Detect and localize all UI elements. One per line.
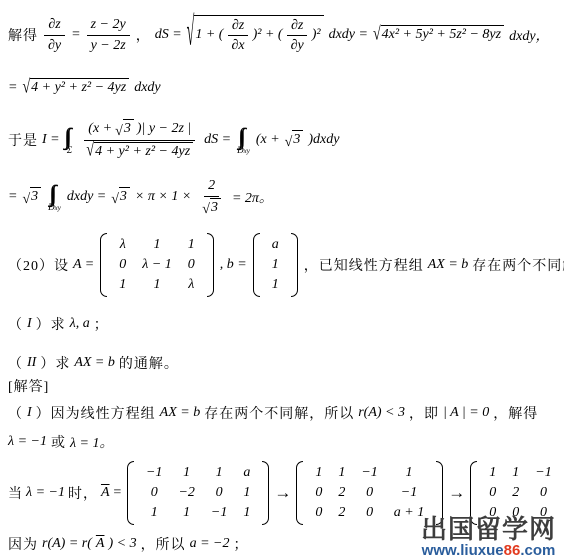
radical-sign: √ — [22, 193, 30, 207]
radicand: 3 — [210, 198, 221, 217]
question-part-2: （II）求 AX = b 的通解。 — [8, 352, 564, 374]
radicand: 3 — [123, 119, 134, 138]
matrix-cell: λ − 1 — [134, 257, 180, 273]
matrix-cell: −1 — [527, 465, 559, 481]
math-run: a = −2 — [190, 536, 230, 552]
matrix-grid: a11 — [260, 233, 291, 297]
text-run: 解得 — [8, 25, 38, 45]
matrix-cell: −1 — [138, 465, 170, 481]
fraction-denominator: √ 3 — [197, 197, 226, 218]
fraction-numerator: ∂z — [287, 16, 307, 37]
text-run: 存在两个不同解。 — [472, 255, 564, 275]
solution-line-2: λ = −1 或 λ = 1。 — [8, 432, 564, 452]
matrix-cell: 1 — [170, 505, 202, 521]
double-integral: ∫∫ Dxy — [48, 182, 61, 212]
math-run: r(A) < 3 — [358, 405, 405, 421]
math-run: r(A) = r( — [42, 536, 92, 552]
matrix-cell: 0 — [353, 505, 385, 521]
fraction: ∂z ∂x — [227, 16, 248, 56]
math-run: = — [8, 80, 17, 96]
double-integral: ∫∫ Σ — [66, 125, 74, 155]
integral-subscript: Dxy — [237, 146, 250, 155]
matrix-cell: 0 — [307, 505, 330, 521]
text-run: ）求 — [36, 314, 66, 334]
text-run: ，即 — [409, 403, 439, 423]
matrix-cell: 0 — [203, 485, 235, 501]
math-run: dxdy — [134, 80, 160, 96]
text-run: 时， — [68, 483, 98, 503]
problem-20-statement: （20）设 A = λ110λ − 1011λ , b = a11 ，已知线性方… — [8, 230, 564, 300]
matrix-paren-right — [207, 233, 214, 297]
math-run: )dxdy — [308, 132, 339, 148]
A-bar-symbol: A — [101, 485, 110, 501]
question-part-1: （I）求 λ, a ； — [8, 314, 564, 334]
math-run: = — [113, 485, 122, 501]
radical-sign: √ — [111, 193, 119, 207]
matrix-cell: 2 — [504, 485, 527, 501]
matrix-cell: 2 — [330, 505, 353, 521]
matrix-cell: 0 — [138, 485, 170, 501]
matrix-cell: 0 — [111, 257, 134, 273]
sqrt-expression: √ 4x² + 5y² + 5z² − 8yz — [373, 25, 504, 44]
math-run: 1 + ( — [195, 26, 223, 44]
math-run: I = — [42, 132, 60, 148]
math-run: )² + ( — [253, 26, 283, 44]
text-run: [解答] — [8, 376, 49, 396]
text-run: ）因为线性方程组 — [36, 403, 156, 423]
text-run: ； — [94, 314, 109, 334]
matrix-cell: λ — [180, 277, 203, 293]
A-bar-symbol: A — [96, 536, 105, 552]
text-run: （ — [8, 353, 23, 373]
math-run: dxdy = — [329, 27, 368, 43]
math-run: (x + — [256, 132, 280, 148]
radicand: 3 — [292, 130, 303, 149]
math-run: dS = — [155, 27, 182, 43]
radical-sign: √ — [115, 125, 123, 139]
math-run: AX = b — [160, 405, 201, 421]
text-run: ，解得 — [493, 403, 538, 423]
math-run: λ = 1。 — [70, 432, 114, 452]
math-run: = 2π。 — [232, 187, 273, 207]
watermark: 出国留学网 www.liuxue86.com — [421, 516, 556, 558]
math-run: = — [8, 189, 17, 205]
matrix-paren-left — [100, 233, 107, 297]
math-run: = — [71, 27, 80, 43]
text-run: ）求 — [40, 353, 70, 373]
fraction-numerator: 2 — [204, 176, 219, 197]
radicand: 3 — [119, 187, 130, 206]
matrix-cell: 1 — [504, 465, 527, 481]
math-run: λ = −1 — [8, 434, 47, 450]
matrix-paren-right — [262, 461, 269, 525]
formula-line-3: 于是 I = ∫∫ Σ (x + √ 3 )| y − 2z | √ 4 + y… — [8, 114, 564, 166]
matrix-cell: 0 — [481, 485, 504, 501]
matrix-A: λ110λ − 1011λ — [100, 233, 214, 297]
fraction-numerator: z − 2y — [87, 15, 130, 36]
matrix-cell: 1 — [560, 465, 564, 481]
sqrt-expression: √ 3 — [115, 119, 134, 138]
text-run: ，所以 — [141, 534, 186, 554]
text-run: 或 — [51, 432, 66, 452]
math-run: AX = b — [74, 355, 115, 371]
sqrt-expression: √ 3 — [202, 198, 221, 217]
matrix-cell: 1 — [330, 465, 353, 481]
matrix-cell: a — [264, 237, 287, 253]
text-run: （20）设 — [8, 255, 69, 275]
radical-sign: √ — [187, 15, 195, 56]
sqrt-expression: √ 3 — [22, 187, 41, 206]
fraction-denominator: y − 2z — [87, 36, 130, 56]
matrix-paren-left — [253, 233, 260, 297]
radicand: 4x² + 5y² + 5z² − 8yz — [381, 25, 504, 44]
matrix-cell: 1 — [180, 237, 203, 253]
text-run: ，已知线性方程组 — [304, 255, 424, 275]
matrix-cell: 1 — [481, 465, 504, 481]
matrix-cell: −2 — [170, 485, 202, 501]
matrix-grid: λ110λ − 1011λ — [107, 233, 207, 297]
text-run: ； — [233, 534, 248, 554]
math-run: λ = −1 — [26, 485, 65, 501]
sqrt-expression: √ 1 + ( ∂z ∂x )² + ( ∂z ∂y )² — [187, 15, 324, 56]
math-run: AX = b — [428, 257, 469, 273]
matrix-cell: 1 — [203, 465, 235, 481]
sqrt-expression: √ 4 + y² + z² − 4yz — [86, 142, 193, 161]
math-run: dxdy = — [67, 189, 106, 205]
matrix-grid: −111a0−20111−11 — [134, 461, 262, 525]
text-run: 因为 — [8, 534, 38, 554]
matrix-cell: 1 — [134, 237, 180, 253]
integral-subscript-sub: xy — [244, 147, 250, 155]
matrix-cell: 0 — [353, 485, 385, 501]
fraction-numerator: ∂z — [228, 16, 248, 37]
matrix-cell: 1 — [170, 465, 202, 481]
matrix-cell: 1 — [134, 277, 180, 293]
text-run: 于是 — [8, 130, 38, 150]
radical-sign: √ — [202, 203, 210, 217]
matrix-paren-left — [127, 461, 134, 525]
matrix-cell: −1 — [353, 465, 385, 481]
fraction: ∂z ∂y — [287, 16, 308, 56]
integral-subscript: Σ — [67, 146, 72, 155]
matrix-cell: 1 — [235, 505, 258, 521]
matrix-cell: 1 — [307, 465, 330, 481]
matrix-cell: 1 — [138, 505, 170, 521]
radicand: 1 + ( ∂z ∂x )² + ( ∂z ∂y )² — [194, 15, 323, 56]
arrow-icon: → — [274, 483, 291, 503]
roman-numeral: II — [27, 355, 36, 371]
matrix-cell: −1 — [386, 485, 432, 501]
radical-sign: √ — [373, 26, 381, 45]
formula-line-2: = √ 4 + y² + z² − 4yz dxdy — [8, 72, 564, 104]
matrix-cell: 0 — [527, 485, 559, 501]
fraction-denominator: ∂x — [227, 36, 248, 56]
radical-sign: √ — [285, 136, 293, 150]
text-run: （ — [8, 314, 23, 334]
fraction: 2 √ 3 — [197, 176, 226, 218]
matrix-grid: 11−11020−1020a + 1 — [303, 461, 436, 525]
fraction: (x + √ 3 )| y − 2z | √ 4 + y² + z² − 4yz — [81, 118, 198, 161]
text-run: （ — [8, 403, 23, 423]
fraction-numerator: ∂z — [44, 15, 64, 36]
fraction-numerator: (x + √ 3 )| y − 2z | — [84, 118, 195, 140]
text-run: 当 — [8, 483, 23, 503]
matrix-cell: 1 — [111, 277, 134, 293]
matrix-cell: 0 — [180, 257, 203, 273]
matrix-paren-left — [296, 461, 303, 525]
matrix-cell: 2 — [330, 485, 353, 501]
matrix-cell: λ — [111, 237, 134, 253]
math-run: (x + — [88, 120, 112, 138]
integral-subscript-sub: xy — [55, 204, 61, 212]
answer-label: [解答] — [8, 376, 564, 396]
text-run: 的通解。 — [119, 353, 179, 373]
sqrt-expression: √ 3 — [285, 130, 304, 149]
augmented-matrix-1: −111a0−20111−11 — [127, 461, 269, 525]
document-page: 解得 ∂z ∂y = z − 2y y − 2z ， dS = √ 1 + ( … — [0, 0, 564, 560]
matrix-cell: a + 2 — [560, 505, 564, 521]
radicand: 4 + y² + z² − 4yz — [30, 78, 129, 97]
watermark-site-url[interactable]: www.liuxue86.com — [421, 543, 556, 558]
formula-line-4: = √ 3 ∫∫ Dxy dxdy = √ 3 × π × 1 × 2 √ 3 … — [8, 174, 564, 220]
fraction: ∂z ∂y — [44, 15, 65, 55]
sqrt-expression: √ 3 — [111, 187, 130, 206]
matrix-cell: 1 — [235, 485, 258, 501]
math-run: dS = — [204, 132, 231, 148]
roman-numeral: I — [27, 405, 32, 421]
matrix-cell: 1 — [264, 277, 287, 293]
url-prefix: www.liuxue — [422, 542, 504, 559]
fraction-denominator: √ 4 + y² + z² − 4yz — [81, 141, 198, 162]
watermark-site-name: 出国留学网 — [421, 516, 556, 542]
fraction-denominator: ∂y — [44, 36, 65, 56]
sqrt-expression: √ 4 + y² + z² − 4yz — [22, 78, 129, 97]
double-integral: ∫∫ Dxy — [237, 125, 250, 155]
roman-numeral: I — [27, 316, 32, 332]
matrix-cell: a — [235, 465, 258, 481]
math-run: A = — [73, 257, 94, 273]
url-number: 86 — [504, 542, 521, 559]
math-run: )² — [312, 26, 321, 44]
matrix-paren-right — [291, 233, 298, 297]
radical-sign: √ — [86, 142, 94, 161]
matrix-cell: −1 — [203, 505, 235, 521]
fraction-denominator: ∂y — [287, 36, 308, 56]
radicand: 4 + y² + z² − 4yz — [94, 142, 193, 161]
math-run: × π × 1 × — [135, 189, 191, 205]
math-run: ) < 3 — [108, 536, 136, 552]
math-run: , b = — [220, 257, 247, 273]
text-run: ， — [136, 25, 151, 45]
math-run: dxdy， — [509, 25, 549, 45]
integral-subscript: Dxy — [48, 203, 61, 212]
formula-line-1: 解得 ∂z ∂y = z − 2y y − 2z ， dS = √ 1 + ( … — [8, 12, 564, 58]
arrow-icon: → — [448, 483, 465, 503]
fraction: z − 2y y − 2z — [87, 15, 130, 55]
math-run: | A | = 0 — [443, 405, 489, 421]
matrix-cell: 0 — [307, 485, 330, 501]
matrix-cell: 1 — [386, 465, 432, 481]
radical-sign: √ — [22, 79, 30, 98]
matrix-cell: −1 — [560, 485, 564, 501]
math-run: )| y − 2z | — [137, 120, 191, 138]
url-suffix: .com — [520, 542, 555, 559]
math-run: λ, a — [70, 316, 90, 332]
text-run: 存在两个不同解，所以 — [204, 403, 354, 423]
matrix-cell: 1 — [264, 257, 287, 273]
radicand: 3 — [30, 187, 41, 206]
vector-b: a11 — [253, 233, 298, 297]
solution-line-1: （I）因为线性方程组 AX = b 存在两个不同解，所以 r(A) < 3 ，即… — [8, 402, 564, 424]
